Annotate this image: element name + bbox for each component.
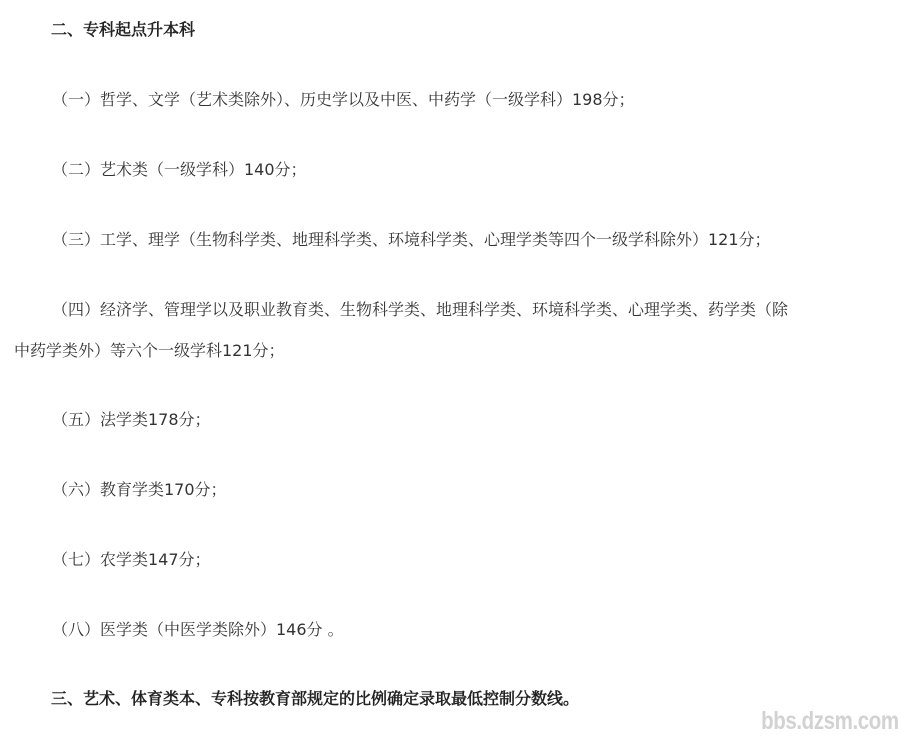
- score-item-1: （一）哲学、文学（艺术类除外）、历史学以及中医、中药学（一级学科）198分；: [52, 89, 635, 111]
- article-body: 二、专科起点升本科 （一）哲学、文学（艺术类除外）、历史学以及中医、中药学（一级…: [0, 0, 905, 738]
- score-item-4-continued: 中药学类外）等六个一级学科121分；: [14, 340, 285, 362]
- score-item-6: （六）教育学类170分；: [52, 479, 227, 501]
- score-item-5: （五）法学类178分；: [52, 409, 211, 431]
- score-item-3: （三）工学、理学（生物科学类、地理科学类、环境科学类、心理学类等四个一级学科除外…: [52, 229, 771, 251]
- score-item-4: （四）经济学、管理学以及职业教育类、生物科学类、地理科学类、环境科学类、心理学类…: [52, 299, 788, 321]
- site-watermark: bbs.dzsm.com: [762, 707, 899, 736]
- section-heading-3: 三、艺术、体育类本、专科按教育部规定的比例确定录取最低控制分数线。: [51, 688, 579, 710]
- section-heading-2: 二、专科起点升本科: [51, 19, 195, 41]
- score-item-8: （八）医学类（中医学类除外）146分 。: [52, 619, 344, 641]
- score-item-7: （七）农学类147分；: [52, 549, 211, 571]
- score-item-2: （二）艺术类（一级学科）140分；: [52, 159, 307, 181]
